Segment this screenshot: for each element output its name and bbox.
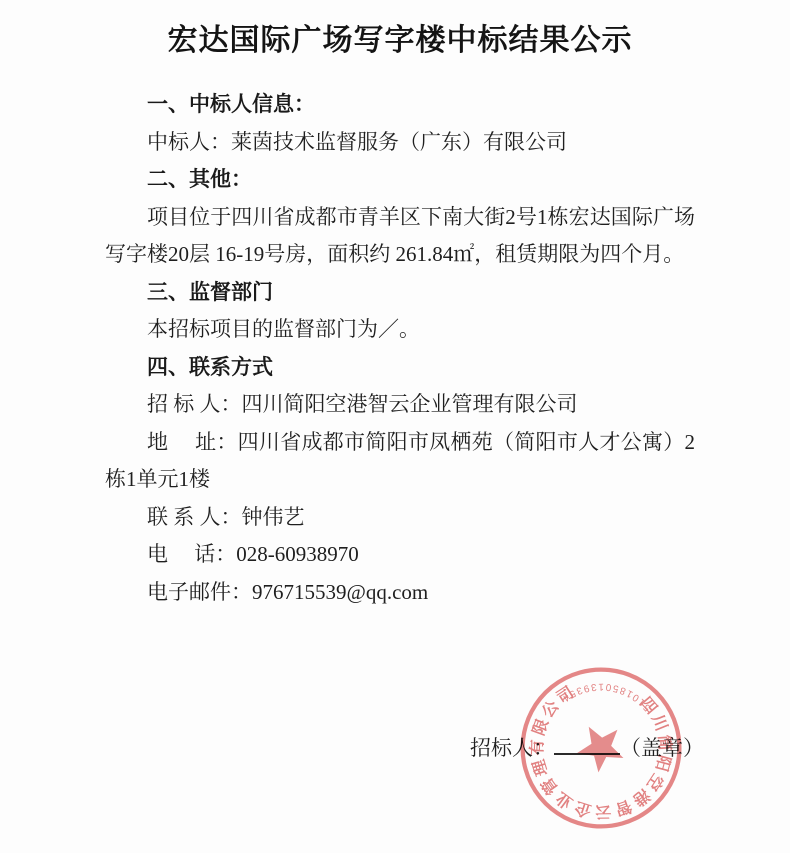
email-line: 电子邮件：976715539@qq.com (105, 574, 695, 612)
signature-label: 招标人： (470, 736, 554, 760)
document-content: 宏达国际广场写字楼中标结果公示 一、中标人信息： 中标人：莱茵技术监督服务（广东… (105, 20, 695, 611)
signature-row: 招标人：（盖章） (470, 733, 704, 763)
supervision-line: 本招标项目的监督部门为／。 (105, 311, 695, 349)
svg-text:5101850139354: 5101850139354 (558, 676, 656, 714)
winner-line: 中标人：莱茵技术监督服务（广东）有限公司 (105, 124, 695, 162)
document-page: 宏达国际广场写字楼中标结果公示 一、中标人信息： 中标人：莱茵技术监督服务（广东… (0, 0, 790, 853)
project-description: 项目位于四川省成都市青羊区下南大街2号1栋宏达国际广场写字楼20层 16-19号… (105, 199, 695, 274)
seal-number-text: 5101850139354 (558, 676, 656, 714)
section-heading-supervision: 三、监督部门 (105, 274, 695, 312)
contact-person-line: 联 系 人：钟伟艺 (105, 499, 695, 537)
document-title: 宏达国际广场写字楼中标结果公示 (105, 20, 695, 62)
tenderer-line: 招 标 人：四川简阳空港智云企业管理有限公司 (105, 386, 695, 424)
section-heading-other: 二、其他： (105, 161, 695, 199)
seal-note: （盖章） (620, 736, 704, 760)
signature-blank (554, 733, 620, 755)
section-heading-contact: 四、联系方式 (105, 349, 695, 387)
section-heading-winner-info: 一、中标人信息： (105, 86, 695, 124)
document-body: 一、中标人信息： 中标人：莱茵技术监督服务（广东）有限公司 二、其他： 项目位于… (105, 86, 695, 611)
phone-line: 电 话：028-60938970 (105, 536, 695, 574)
address-line: 地 址：四川省成都市简阳市凤栖苑（简阳市人才公寓）2栋1单元1楼 (105, 424, 695, 499)
